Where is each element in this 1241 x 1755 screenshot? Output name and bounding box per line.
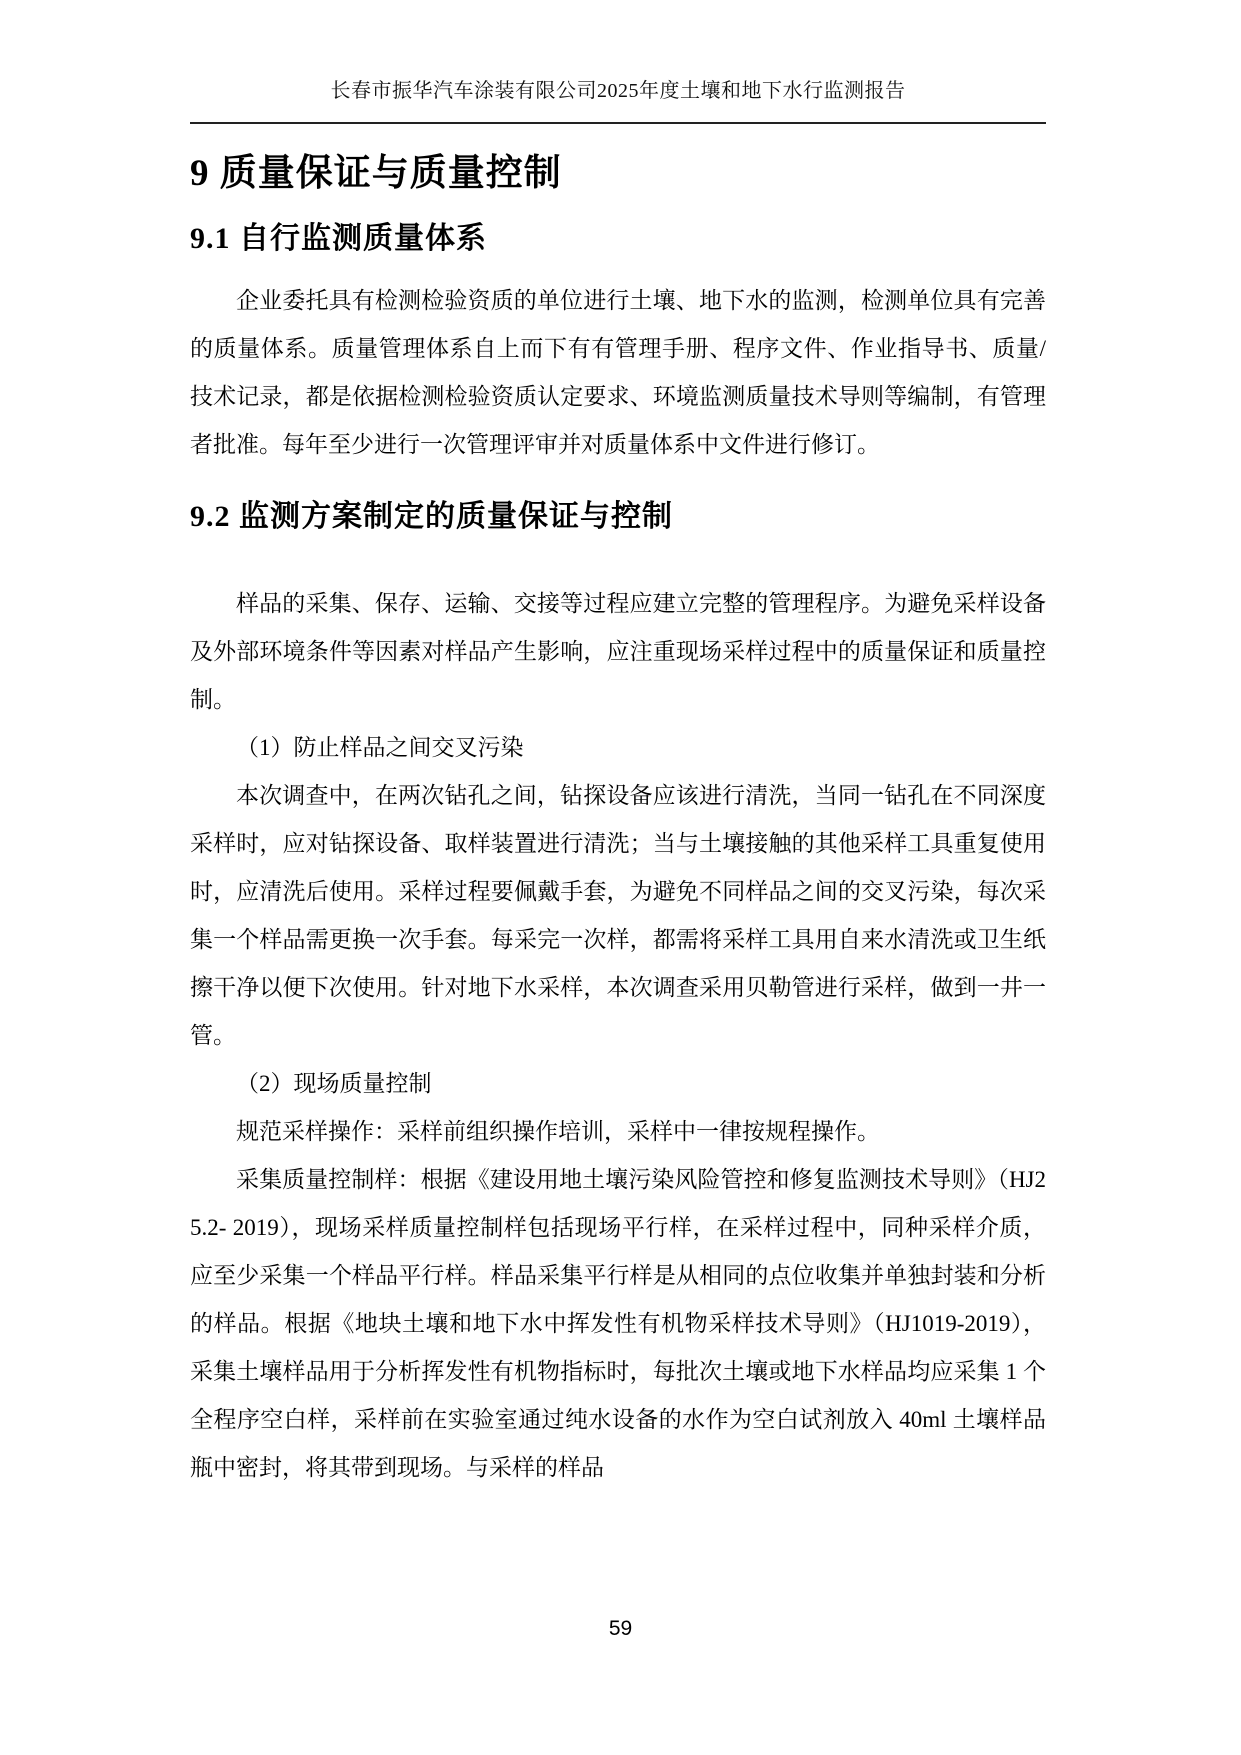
paragraph-item-2-title: （2）现场质量控制 — [190, 1060, 1046, 1108]
paragraph-item-1-title: （1）防止样品之间交叉污染 — [190, 724, 1046, 772]
chapter-heading: 9 质量保证与质量控制 — [190, 150, 1046, 198]
page-content: 长春市振华汽车涂装有限公司2025年度土壤和地下水行监测报告 9 质量保证与质量… — [190, 0, 1046, 1492]
section-heading-9-1: 9.1 自行监测质量体系 — [190, 218, 1046, 260]
page-number: 59 — [0, 1616, 1241, 1642]
header-divider — [190, 122, 1046, 124]
page-header-title: 长春市振华汽车涂装有限公司2025年度土壤和地下水行监测报告 — [190, 0, 1046, 104]
paragraph-quality-system: 企业委托具有检测检验资质的单位进行土壤、地下水的监测，检测单位具有完善的质量体系… — [190, 277, 1046, 469]
section-heading-9-2: 9.2 监测方案制定的质量保证与控制 — [190, 496, 1046, 538]
document-page: 长春市振华汽车涂装有限公司2025年度土壤和地下水行监测报告 9 质量保证与质量… — [0, 0, 1241, 1755]
paragraph-qc-samples: 采集质量控制样：根据《建设用地土壤污染风险管控和修复监测技术导则》（HJ25.2… — [190, 1156, 1046, 1492]
paragraph-cross-contamination: 本次调查中，在两次钻孔之间，钻探设备应该进行清洗，当同一钻孔在不同深度采样时，应… — [190, 772, 1046, 1060]
paragraph-sampling-operation: 规范采样操作：采样前组织操作培训，采样中一律按规程操作。 — [190, 1108, 1046, 1156]
paragraph-sample-management: 样品的采集、保存、运输、交接等过程应建立完整的管理程序。为避免采样设备及外部环境… — [190, 580, 1046, 724]
